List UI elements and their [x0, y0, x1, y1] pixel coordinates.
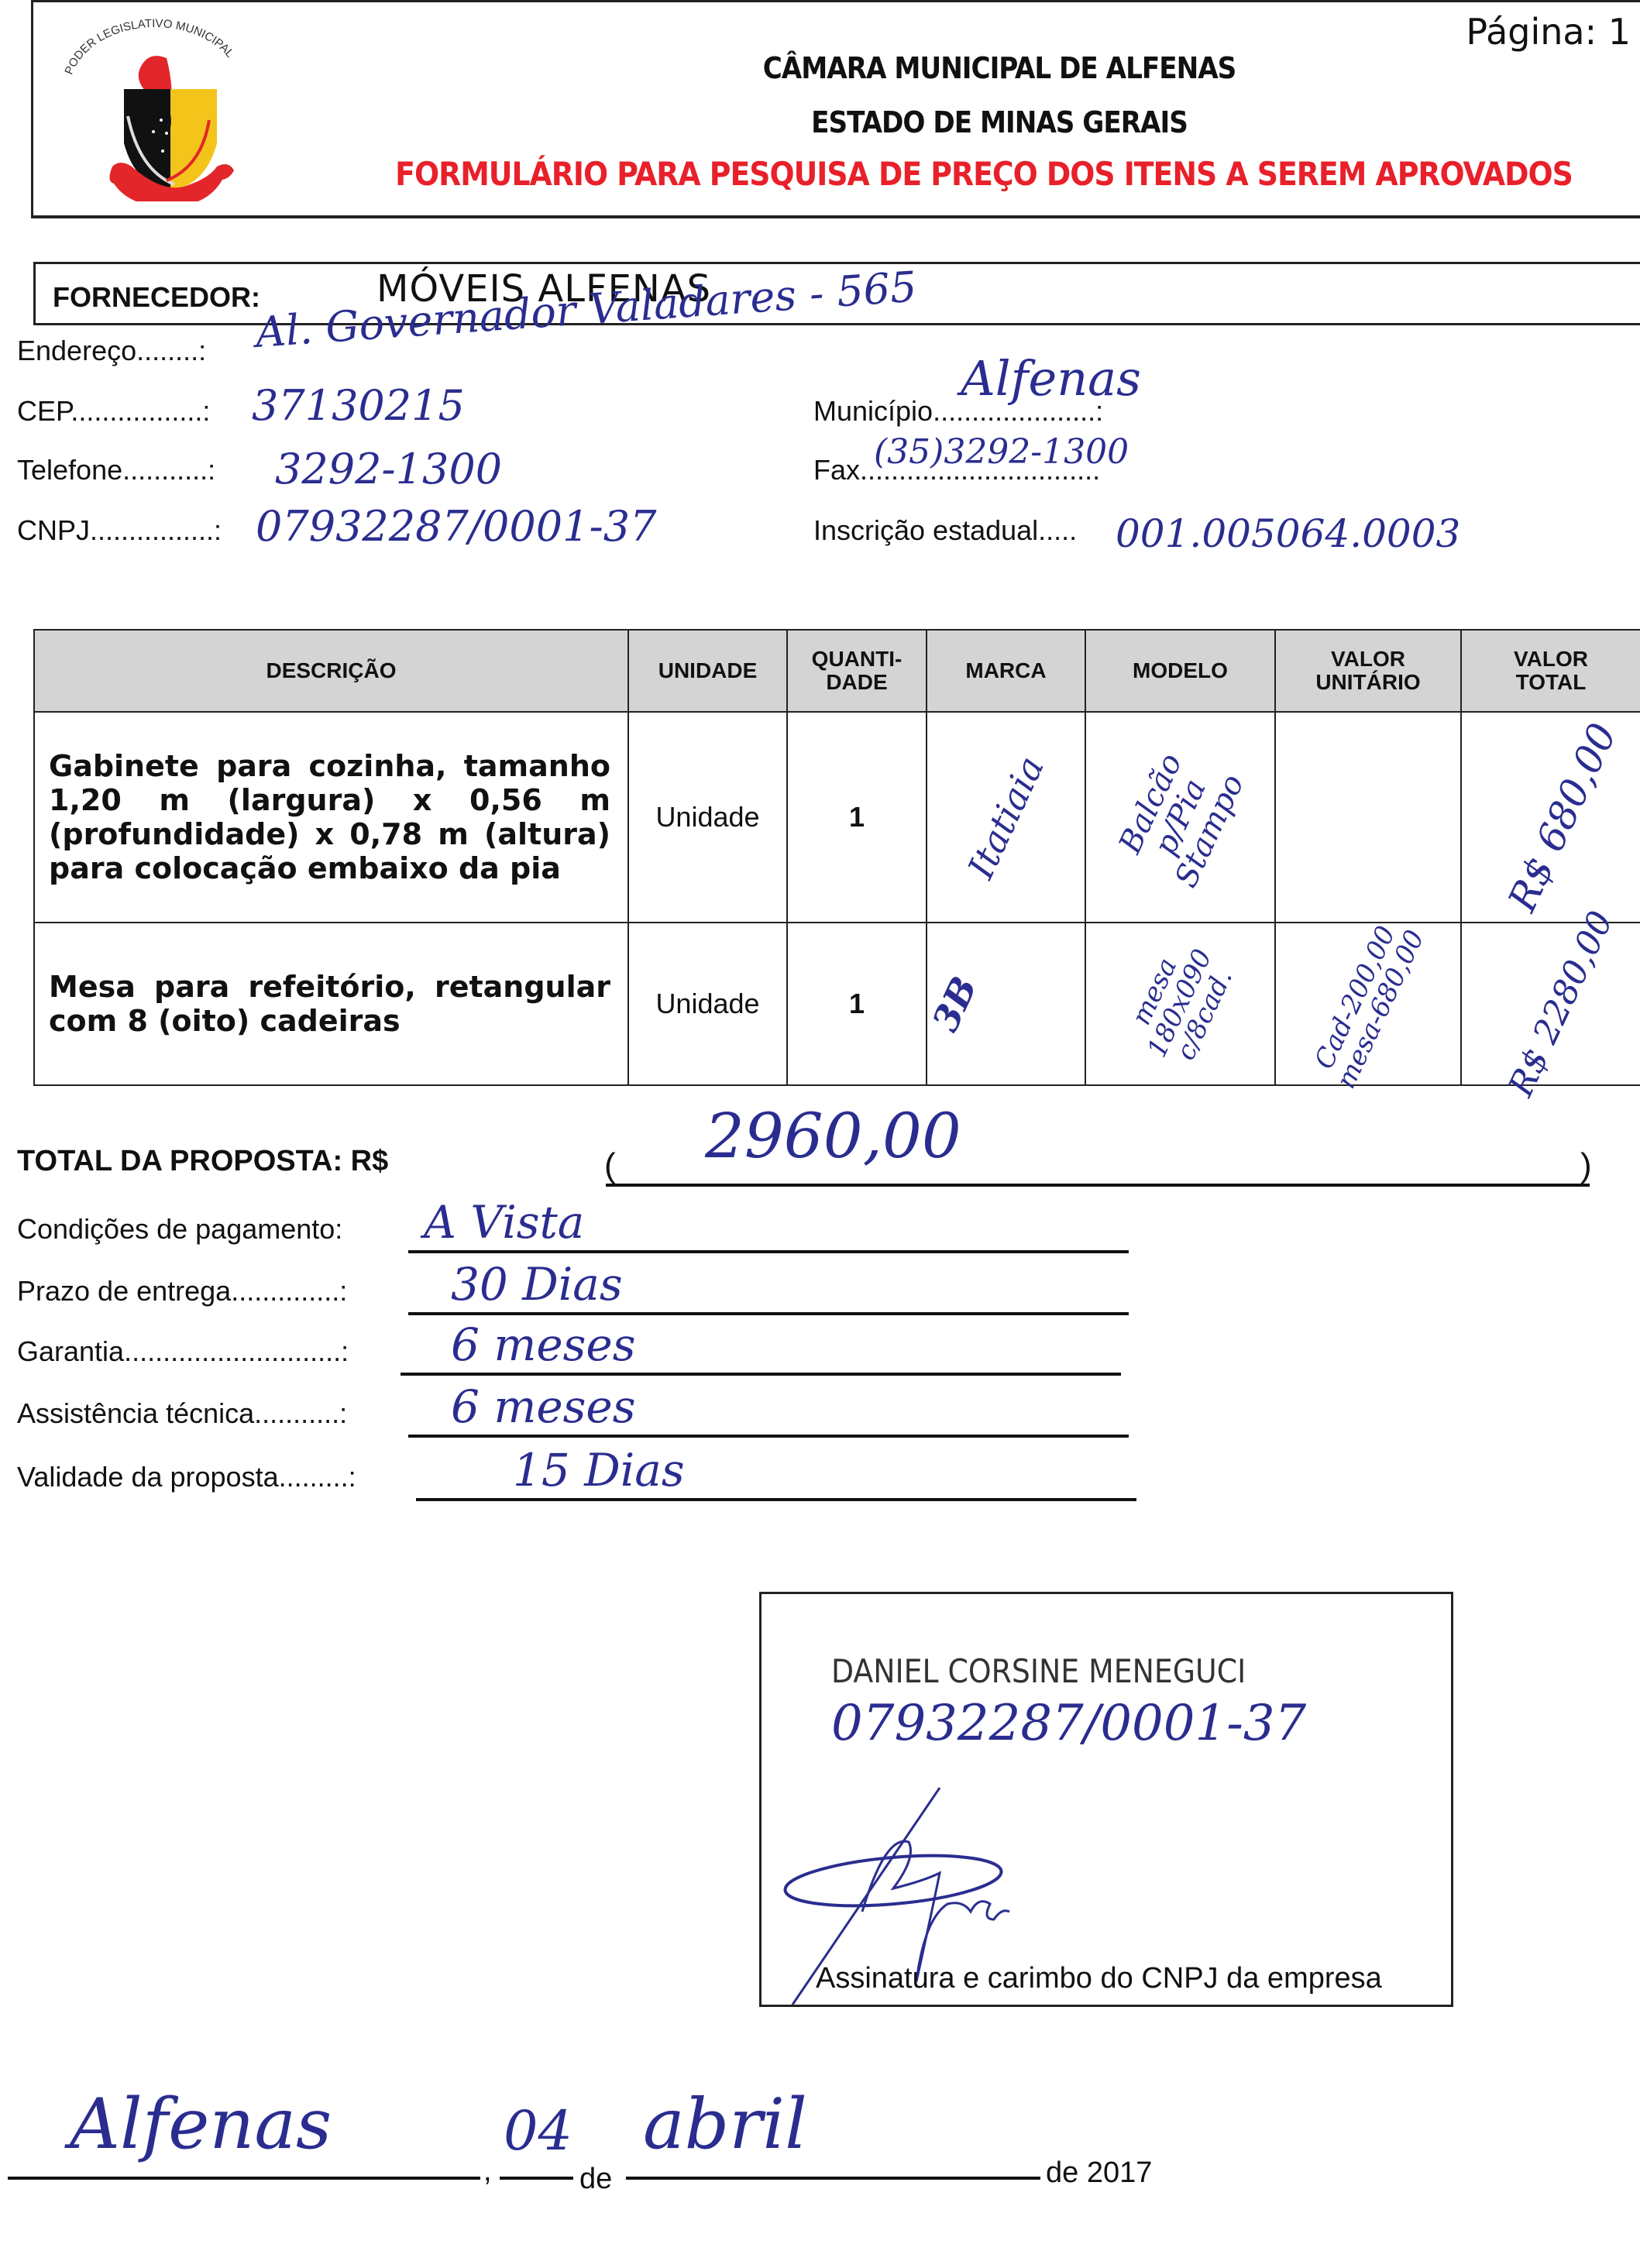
year-text: de 2017	[1046, 2156, 1152, 2190]
row-unit: Unidade	[628, 712, 787, 923]
supplier-label: FORNECEDOR:	[53, 281, 260, 314]
address-label: Endereço........:	[17, 335, 206, 367]
cnpj-value[interactable]: 07932287/0001-37	[256, 502, 656, 551]
day-value: 04	[504, 2099, 572, 2163]
col-quantidade: QUANTI- DADE	[787, 630, 927, 712]
condition-tech-support: Assistência técnica...........: 6 meses	[17, 1377, 1125, 1438]
row-model: Balcão p/Pia Stampo	[1111, 742, 1250, 892]
paren-close: )	[1580, 1146, 1592, 1185]
cep-value[interactable]: 37130215	[252, 381, 465, 430]
condition-value: A Vista	[424, 1196, 584, 1249]
condition-label: Condições de pagamento:	[17, 1213, 342, 1246]
col-descricao: DESCRIÇÃO	[34, 630, 628, 712]
row-total-cell[interactable]: R$ 680,00	[1461, 712, 1640, 923]
row-unit-price-cell[interactable]: Cad-200,00 mesa-680,00	[1275, 923, 1461, 1085]
condition-value: 6 meses	[451, 1318, 636, 1371]
header-label: MARCA	[965, 658, 1046, 682]
condition-value: 15 Dias	[513, 1444, 685, 1497]
condition-payment: Condições de pagamento: A Vista	[17, 1193, 1125, 1253]
institution-name: CÂMARA MUNICIPAL DE ALFENAS	[542, 51, 1456, 85]
row-brand-cell[interactable]: Itatiaia	[927, 712, 1085, 923]
stamp-name: DANIEL CORSINE MENEGUCI	[831, 1652, 1246, 1690]
row-model: mesa 180x090 c/8cad.	[1119, 933, 1243, 1073]
row-quantity: 1	[787, 712, 927, 923]
cep-label: CEP.................:	[17, 395, 210, 428]
row-unit-price-cell[interactable]	[1275, 712, 1461, 923]
row-quantity: 1	[787, 923, 927, 1085]
condition-label: Assistência técnica...........:	[17, 1397, 347, 1430]
row-model-cell[interactable]: Balcão p/Pia Stampo	[1085, 712, 1275, 923]
col-unidade: UNIDADE	[628, 630, 787, 712]
state-name: ESTADO DE MINAS GERAIS	[542, 105, 1456, 139]
signature-stamp-box[interactable]: DANIEL CORSINE MENEGUCI 07932287/0001-37…	[759, 1592, 1453, 2007]
row-total: R$ 2280,00	[1503, 906, 1619, 1101]
day-line[interactable]	[500, 2177, 573, 2180]
total-label: TOTAL DA PROPOSTA: R$	[17, 1145, 388, 1178]
header-label: DESCRIÇÃO	[266, 658, 396, 682]
page-number: Página: 1	[1466, 11, 1631, 53]
condition-value: 30 Dias	[451, 1258, 623, 1311]
fax-value[interactable]: (35)3292-1300	[874, 432, 1129, 472]
header-label: MODELO	[1133, 658, 1228, 682]
comma: ,	[483, 2155, 492, 2188]
cnpj-label: CNPJ................:	[17, 514, 222, 547]
condition-label: Garantia............................:	[17, 1335, 349, 1368]
col-modelo: MODELO	[1085, 630, 1275, 712]
phone-label: Telefone...........:	[17, 454, 215, 486]
header-label: QUANTI- DADE	[812, 647, 903, 694]
table-header-row: DESCRIÇÃO UNIDADE QUANTI- DADE MARCA MOD…	[34, 630, 1640, 712]
condition-value: 6 meses	[451, 1380, 636, 1433]
condition-warranty: Garantia............................: 6 …	[17, 1315, 1125, 1376]
col-marca: MARCA	[927, 630, 1085, 712]
table-row: Mesa para refeitório, retangular com 8 (…	[34, 923, 1640, 1085]
row-brand: Itatiaia	[961, 751, 1050, 884]
signature-caption: Assinatura e carimbo do CNPJ da empresa	[816, 1962, 1382, 1995]
total-value: 2960,00	[705, 1100, 961, 1172]
row-total-cell[interactable]: R$ 2280,00	[1461, 923, 1640, 1085]
row-brand: 3B	[927, 971, 984, 1036]
coat-of-arms-logo: PODER LEGISLATIVO MUNICIPAL	[46, 15, 263, 201]
date-line: Alfenas , 04 de abril de 2017	[0, 2091, 1239, 2231]
stamp-cnpj: 07932287/0001-37	[831, 1695, 1306, 1752]
row-total: R$ 680,00	[1501, 717, 1624, 917]
condition-line[interactable]	[408, 1250, 1129, 1253]
row-model-cell[interactable]: mesa 180x090 c/8cad.	[1085, 923, 1275, 1085]
header-label: UNIDADE	[658, 658, 758, 682]
condition-line[interactable]	[416, 1498, 1136, 1501]
row-description: Mesa para refeitório, retangular com 8 (…	[34, 923, 628, 1085]
condition-line[interactable]	[408, 1435, 1129, 1438]
municipio-value[interactable]: Alfenas	[961, 350, 1141, 407]
row-unit-price: Cad-200,00 mesa-680,00	[1307, 914, 1429, 1092]
city-line[interactable]	[8, 2177, 480, 2180]
city-value: Alfenas	[70, 2084, 332, 2165]
inscricao-label: Inscrição estadual.....	[813, 514, 1077, 547]
col-valor-unitario: VALOR UNITÁRIO	[1275, 630, 1461, 712]
de-label: de	[579, 2163, 612, 2196]
condition-label: Validade da proposta.........:	[17, 1461, 356, 1493]
items-table: DESCRIÇÃO UNIDADE QUANTI- DADE MARCA MOD…	[33, 629, 1640, 1086]
form-title: FORMULÁRIO PARA PESQUISA DE PREÇO DOS IT…	[333, 155, 1635, 193]
month-line[interactable]	[626, 2177, 1040, 2180]
month-value: abril	[643, 2084, 807, 2165]
inscricao-value[interactable]: 001.005064.0003	[1116, 511, 1460, 556]
condition-label: Prazo de entrega..............:	[17, 1275, 347, 1308]
condition-delivery: Prazo de entrega..............: 30 Dias	[17, 1255, 1125, 1315]
phone-value[interactable]: 3292-1300	[275, 445, 502, 493]
row-description: Gabinete para cozinha, tamanho 1,20 m (l…	[34, 712, 628, 923]
condition-validity: Validade da proposta.........: 15 Dias	[17, 1441, 1125, 1501]
col-valor-total: VALOR TOTAL	[1461, 630, 1640, 712]
table-row: Gabinete para cozinha, tamanho 1,20 m (l…	[34, 712, 1640, 923]
condition-line[interactable]	[401, 1373, 1121, 1376]
row-brand-cell[interactable]: 3B	[927, 923, 1085, 1085]
header-label: VALOR TOTAL	[1514, 647, 1588, 694]
header-label: VALOR UNITÁRIO	[1315, 647, 1420, 694]
row-unit: Unidade	[628, 923, 787, 1085]
